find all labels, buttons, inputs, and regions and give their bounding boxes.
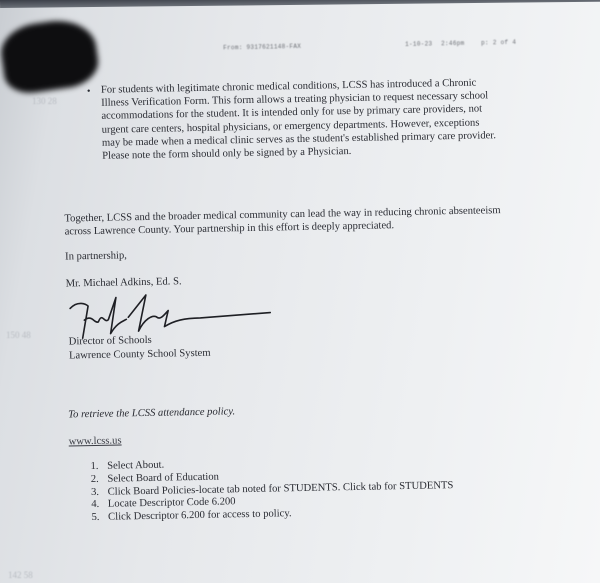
signer-name: Mr. Michael Adkins, Ed. S. [66, 276, 182, 289]
letter-page: From: 9317621148-FAX 1-10-23 2:46pm p: 2… [0, 0, 600, 583]
policy-steps-list: Select About. Select Board of Education … [65, 454, 454, 525]
closing-paragraph: Together, LCSS and the broader medical c… [64, 204, 504, 239]
fax-date: 1-10-23 [405, 40, 432, 48]
website-link[interactable]: www.lcss.us [69, 435, 122, 447]
fax-from: From: 9317621148-FAX [223, 43, 301, 51]
fax-page: p: 2 of 4 [481, 39, 516, 47]
signature-image [64, 291, 275, 343]
sign-off: In partnership, [65, 250, 127, 262]
retrieve-heading: To retrieve the LCSS attendance policy. [68, 406, 235, 420]
organization-name: Lawrence County School System [69, 348, 211, 362]
signer-title: Director of Schools [69, 335, 152, 348]
fax-time: 2:46pm [441, 40, 465, 47]
bullet-icon: • [87, 85, 91, 98]
chronic-illness-paragraph: • For students with legitimate chronic m… [101, 76, 497, 163]
